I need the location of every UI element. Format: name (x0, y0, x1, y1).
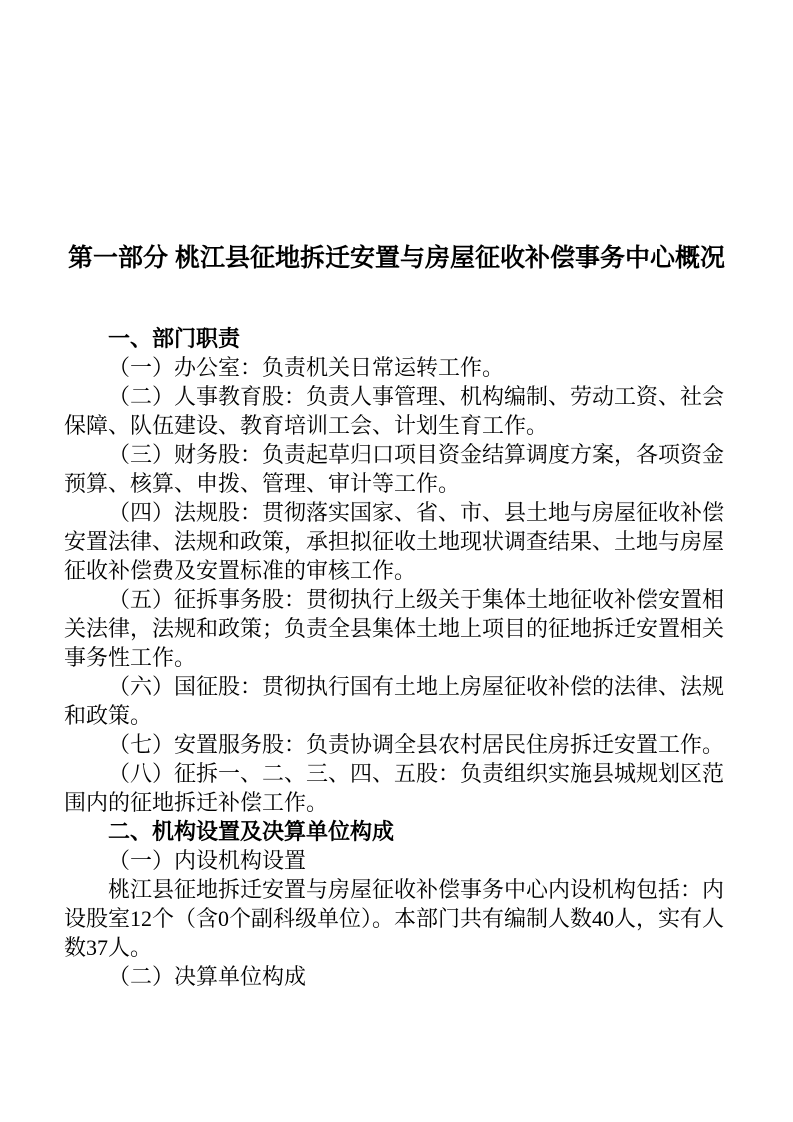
paragraph-duty-3: （三）财务股：负责起草归口项目资金结算调度方案，各项资金预算、核算、申拨、管理、… (64, 440, 729, 498)
document-page: 第一部分 桃江县征地拆迁安置与房屋征收补偿事务中心概况 一、部门职责 （一）办公… (0, 0, 793, 1122)
paragraph-org-setup-title: （一）内设机构设置 (64, 846, 729, 875)
paragraph-duty-4: （四）法规股：贯彻落实国家、省、市、县土地与房屋征收补偿安置法律、法规和政策，承… (64, 498, 729, 585)
document-canvas: { "document": { "background_color": "#ff… (0, 0, 793, 1122)
paragraph-duty-5: （五）征拆事务股：贯彻执行上级关于集体土地征收补偿安置相关法律，法规和政策；负责… (64, 585, 729, 672)
paragraph-duty-7: （七）安置服务股：负责协调全县农村居民住房拆迁安置工作。 (64, 730, 729, 759)
section-heading-1: 一、部门职责 (64, 324, 729, 353)
paragraph-unit-composition-title: （二）决算单位构成 (64, 962, 729, 991)
document-title: 第一部分 桃江县征地拆迁安置与房屋征收补偿事务中心概况 (64, 241, 729, 275)
paragraph-duty-1: （一）办公室：负责机关日常运转工作。 (64, 353, 729, 382)
paragraph-duty-6: （六）国征股：贯彻执行国有土地上房屋征收补偿的法律、法规和政策。 (64, 672, 729, 730)
section-heading-2: 二、机构设置及决算单位构成 (64, 817, 729, 846)
paragraph-duty-8: （八）征拆一、二、三、四、五股：负责组织实施县城规划区范围内的征地拆迁补偿工作。 (64, 759, 729, 817)
paragraph-org-setup-detail: 桃江县征地拆迁安置与房屋征收补偿事务中心内设机构包括：内设股室12个（含0个副科… (64, 875, 729, 962)
paragraph-duty-2: （二）人事教育股：负责人事管理、机构编制、劳动工资、社会保障、队伍建设、教育培训… (64, 382, 729, 440)
